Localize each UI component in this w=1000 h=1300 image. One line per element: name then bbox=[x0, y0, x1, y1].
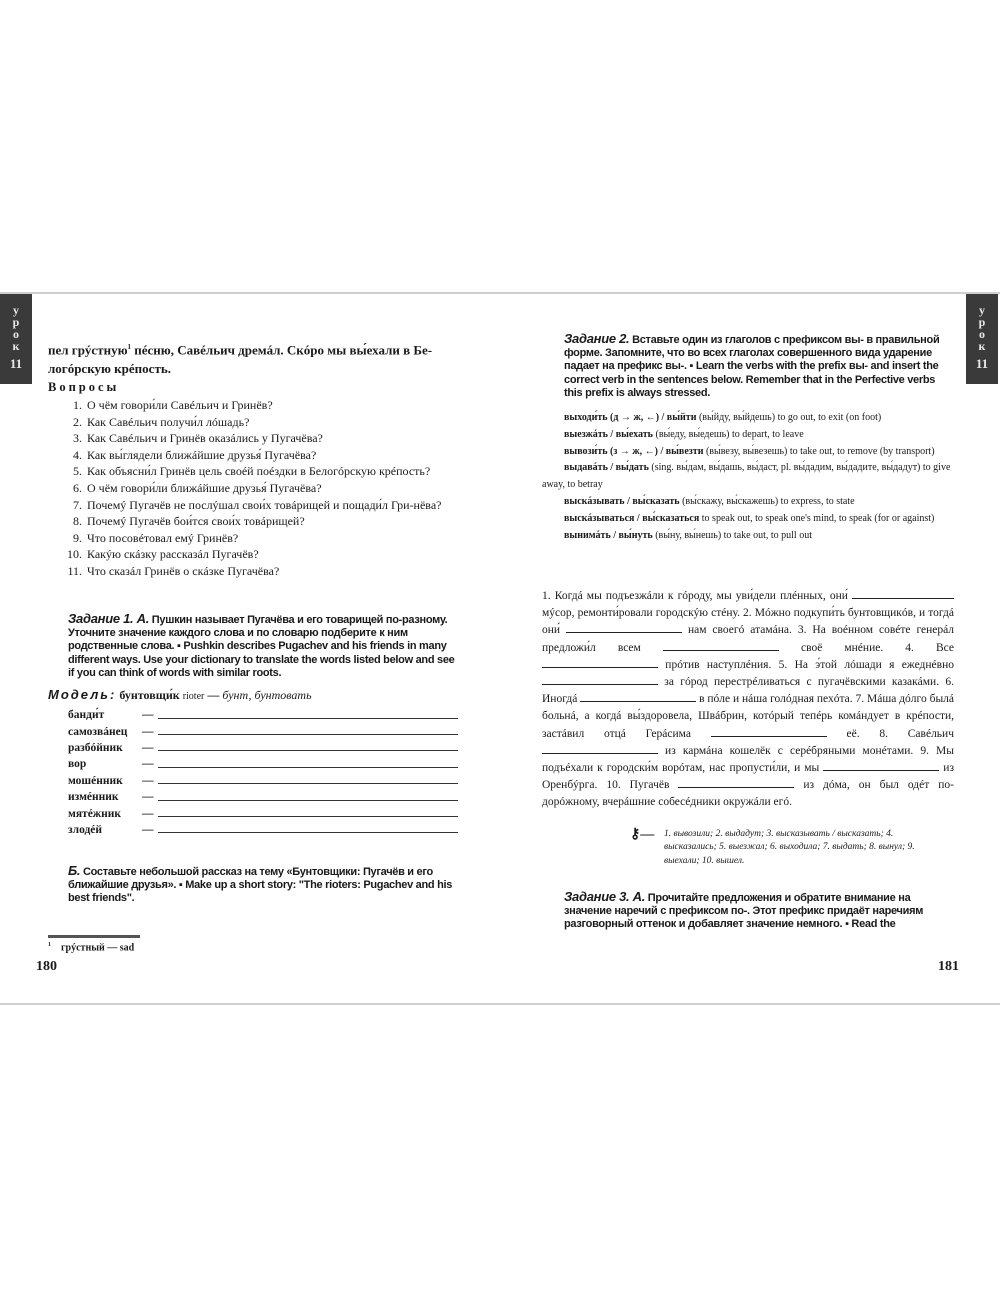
word-row: мошéнник— bbox=[68, 773, 458, 789]
vocab-word: вор bbox=[68, 758, 142, 770]
question-number: 2. bbox=[48, 414, 87, 431]
question-number: 11. bbox=[48, 563, 87, 580]
page-number: 180 bbox=[36, 959, 57, 975]
question-number: 4. bbox=[48, 447, 87, 464]
question-text: Что посовéтовал емý Гринёв? bbox=[87, 530, 458, 547]
dash: — bbox=[142, 824, 158, 836]
verb-pair: вынимáть / вы́нуть bbox=[564, 530, 653, 541]
model-related: бунт, бунтовать bbox=[222, 688, 311, 702]
verb-meaning: to go out, to exit (on foot) bbox=[775, 412, 881, 423]
verb-forms: (вы́ну, вы́нешь) bbox=[653, 530, 721, 541]
verb-pair: выскáзывать / вы́сказать bbox=[564, 496, 680, 507]
question-number: 6. bbox=[48, 480, 87, 497]
question-item: 7.Почемý Пугачёв не послýшал свои́х товá… bbox=[48, 497, 458, 514]
task-2: Задание 2. Вставьте один из глаголов с п… bbox=[564, 332, 954, 400]
answer-line[interactable] bbox=[158, 750, 458, 751]
sentence-text: 1. Когдá мы подъезжáли к гóроду, мы уви́… bbox=[542, 590, 852, 602]
answer-key: ⚷— 1. вывозили; 2. выдадут; 3. высказыва… bbox=[630, 828, 930, 868]
task-title: Задание 2. bbox=[564, 331, 629, 346]
model-label: Модель: bbox=[48, 687, 116, 702]
question-text: Как объясни́л Гринёв цель своéй поéздки … bbox=[87, 463, 458, 480]
dash: — bbox=[142, 742, 158, 754]
lesson-tab-left: у р о к 11 bbox=[0, 294, 32, 384]
model-translation: rioter bbox=[183, 691, 205, 702]
answer-blank[interactable] bbox=[542, 674, 658, 685]
verb-pair: выскáзываться / вы́сказаться bbox=[564, 513, 699, 524]
verb-forms: (вы́скажу, вы́скажешь) bbox=[680, 496, 779, 507]
sentence-text: прóтив наступлéния. 5. На э́той лóшади я… bbox=[658, 659, 954, 671]
word-row: банди́т— bbox=[68, 707, 458, 723]
answer-line[interactable] bbox=[158, 783, 458, 784]
verb-entry: вывози́ть (з → ж, ←) / вы́везти (вы́везу… bbox=[542, 444, 954, 461]
word-row: измéнник— bbox=[68, 789, 458, 805]
model-word: бунтовщи́к bbox=[119, 688, 179, 702]
task-text: Составьте небольшой рассказ на тему «Бун… bbox=[68, 866, 452, 904]
sentence-text: своё мнéние. 4. Все bbox=[779, 642, 954, 654]
answer-blank[interactable] bbox=[566, 622, 682, 633]
task-3a: Задание 3. А. Прочитайте предложения и о… bbox=[564, 890, 956, 932]
answer-line[interactable] bbox=[158, 832, 458, 833]
model-example: Модель: бунтовщи́к rioter — бунт, бунтов… bbox=[48, 687, 312, 703]
tab-letter: к bbox=[966, 340, 998, 352]
verb-entry: вынимáть / вы́нуть (вы́ну, вы́нешь) to t… bbox=[542, 528, 954, 545]
word-list: банди́т—самозвáнец—разбóйник—вор—мошéнни… bbox=[68, 707, 458, 838]
question-number: 9. bbox=[48, 530, 87, 547]
question-item: 5.Как объясни́л Гринёв цель своéй поéздк… bbox=[48, 463, 458, 480]
word-row: мятéжник— bbox=[68, 805, 458, 821]
footnote-mark: 1 bbox=[48, 942, 51, 948]
lesson-number: 11 bbox=[0, 358, 32, 370]
question-text: Почемý Пугачёв не послýшал свои́х товáри… bbox=[87, 497, 458, 514]
story-text: пел грýстную1 пéсню, Савéльич дремáл. Ск… bbox=[48, 338, 458, 378]
answer-line[interactable] bbox=[158, 800, 458, 801]
question-item: 11.Что сказáл Гринёв о скáзке Пугачёва? bbox=[48, 563, 458, 580]
answer-blank[interactable] bbox=[711, 726, 827, 737]
verb-list: выходи́ть (д → ж, ←) / вы́йти (вы́йду, в… bbox=[542, 410, 954, 544]
verb-forms: (sing. вы́дам, вы́дашь, вы́даст, pl. вы́… bbox=[649, 462, 921, 473]
verb-meaning: to express, to state bbox=[778, 496, 854, 507]
question-number: 10. bbox=[48, 546, 87, 563]
tab-letter: к bbox=[0, 340, 32, 352]
answer-line[interactable] bbox=[158, 767, 458, 768]
question-text: Что сказáл Гринёв о скáзке Пугачёва? bbox=[87, 563, 458, 580]
verb-entry: выскáзывать / вы́сказать (вы́скажу, вы́с… bbox=[542, 494, 954, 511]
question-text: Как Савéльич получи́л лóшадь? bbox=[87, 414, 458, 431]
vocab-word: мошéнник bbox=[68, 775, 142, 787]
question-item: 9.Что посовéтовал емý Гринёв? bbox=[48, 530, 458, 547]
question-number: 5. bbox=[48, 463, 87, 480]
footnote-rule bbox=[48, 935, 140, 938]
question-item: 8.Почемý Пугачёв бои́тся свои́х товáрище… bbox=[48, 513, 458, 530]
word-row: самозвáнец— bbox=[68, 723, 458, 739]
verb-forms: (вы́йду, вы́йдешь) bbox=[696, 412, 775, 423]
answer-blank[interactable] bbox=[542, 657, 658, 668]
footnote-text: грýстный — sad bbox=[61, 942, 134, 953]
footnote: 1грýстный — sad bbox=[48, 942, 134, 953]
answer-blank[interactable] bbox=[823, 760, 939, 771]
verb-meaning: to take out, to remove (by transport) bbox=[787, 446, 934, 457]
question-text: О чём говори́ли Савéльич и Гринёв? bbox=[87, 397, 458, 414]
dash: — bbox=[142, 791, 158, 803]
word-row: злодéй— bbox=[68, 822, 458, 838]
answer-blank[interactable] bbox=[852, 588, 954, 599]
question-text: Как вы́глядели ближáйшие друзья́ Пугачёв… bbox=[87, 447, 458, 464]
question-text: Почемý Пугачёв бои́тся свои́х товáрищей? bbox=[87, 513, 458, 530]
answer-line[interactable] bbox=[158, 734, 458, 735]
question-item: 6.О чём говори́ли ближáйшие друзья́ Пуга… bbox=[48, 480, 458, 497]
questions-list: 1.О чём говори́ли Савéльич и Гринёв?2.Ка… bbox=[48, 397, 458, 580]
verb-forms: (вы́везу, вы́везешь) bbox=[703, 446, 787, 457]
page-number: 181 bbox=[938, 959, 959, 975]
question-number: 3. bbox=[48, 430, 87, 447]
vocab-word: банди́т bbox=[68, 709, 142, 721]
question-item: 1.О чём говори́ли Савéльич и Гринёв? bbox=[48, 397, 458, 414]
dash: — bbox=[142, 709, 158, 721]
verb-pair: вывози́ть (з → ж, ←) / вы́везти bbox=[564, 446, 703, 457]
question-text: Как Савéльич и Гринёв оказáлись у Пугачё… bbox=[87, 430, 458, 447]
question-item: 10.Какýю скáзку рассказáл Пугачёв? bbox=[48, 546, 458, 563]
verb-entry: выходи́ть (д → ж, ←) / вы́йти (вы́йду, в… bbox=[542, 410, 954, 427]
story-fragment: пел грýстную bbox=[48, 342, 128, 357]
answer-blank[interactable] bbox=[663, 640, 779, 651]
question-number: 8. bbox=[48, 513, 87, 530]
dash: — bbox=[142, 775, 158, 787]
word-row: вор— bbox=[68, 756, 458, 772]
word-row: разбóйник— bbox=[68, 740, 458, 756]
verb-pair: выходи́ть (д → ж, ←) / вы́йти bbox=[564, 412, 696, 423]
question-text: О чём говори́ли ближáйшие друзья́ Пугачё… bbox=[87, 480, 458, 497]
answer-line[interactable] bbox=[158, 816, 458, 817]
dash: — bbox=[142, 726, 158, 738]
answer-line[interactable] bbox=[158, 718, 458, 719]
task-title: Задание 3. А. bbox=[564, 889, 645, 904]
verb-meaning: to take out, to pull out bbox=[721, 530, 812, 541]
question-item: 4.Как вы́глядели ближáйшие друзья́ Пугач… bbox=[48, 447, 458, 464]
book-spread: у р о к 11 у р о к 11 пел грýстную1 пéсн… bbox=[0, 292, 1000, 1005]
key-icon: ⚷— bbox=[630, 828, 664, 868]
verb-meaning: to depart, to leave bbox=[730, 429, 804, 440]
questions-heading: Вопросы bbox=[48, 380, 119, 395]
vocab-word: разбóйник bbox=[68, 742, 142, 754]
dash: — bbox=[142, 758, 158, 770]
vocab-word: измéнник bbox=[68, 791, 142, 803]
verb-entry: выдавáть / вы́дать (sing. вы́дам, вы́даш… bbox=[542, 460, 954, 494]
lesson-number: 11 bbox=[966, 358, 998, 370]
task-title: Задание 1. А. bbox=[68, 611, 149, 626]
answer-key-text: 1. вывозили; 2. выдадут; 3. высказывать … bbox=[664, 828, 930, 868]
question-number: 7. bbox=[48, 497, 87, 514]
question-item: 2.Как Савéльич получи́л лóшадь? bbox=[48, 414, 458, 431]
question-text: Какýю скáзку рассказáл Пугачёв? bbox=[87, 546, 458, 563]
vocab-word: самозвáнец bbox=[68, 726, 142, 738]
answer-blank[interactable] bbox=[542, 743, 658, 754]
verb-entry: выезжáть / вы́ехать (вы́еду, вы́едешь) t… bbox=[542, 427, 954, 444]
lesson-tab-right: у р о к 11 bbox=[966, 294, 998, 384]
task-1b: Б. Составьте небольшой рассказ на тему «… bbox=[68, 864, 456, 906]
answer-blank[interactable] bbox=[580, 691, 696, 702]
verb-pair: выезжáть / вы́ехать bbox=[564, 429, 653, 440]
verb-entry: выскáзываться / вы́сказаться to speak ou… bbox=[542, 511, 954, 528]
question-item: 3.Как Савéльич и Гринёв оказáлись у Пуга… bbox=[48, 430, 458, 447]
verb-forms: (вы́еду, вы́едешь) bbox=[653, 429, 730, 440]
question-number: 1. bbox=[48, 397, 87, 414]
vocab-word: мятéжник bbox=[68, 808, 142, 820]
verb-meaning: to speak out, to speak one's mind, to sp… bbox=[699, 513, 934, 524]
answer-blank[interactable] bbox=[678, 777, 794, 788]
task-title: Б. bbox=[68, 863, 80, 878]
exercise-text: 1. Когдá мы подъезжáли к гóроду, мы уви́… bbox=[542, 588, 954, 812]
model-dash: — bbox=[207, 688, 219, 702]
task-1a: Задание 1. А. Пушкин называет Пугачёва и… bbox=[68, 612, 456, 680]
verb-pair: выдавáть / вы́дать bbox=[564, 462, 649, 473]
dash: — bbox=[142, 808, 158, 820]
sentence-text: её. 8. Савéльич bbox=[827, 728, 954, 740]
vocab-word: злодéй bbox=[68, 824, 142, 836]
